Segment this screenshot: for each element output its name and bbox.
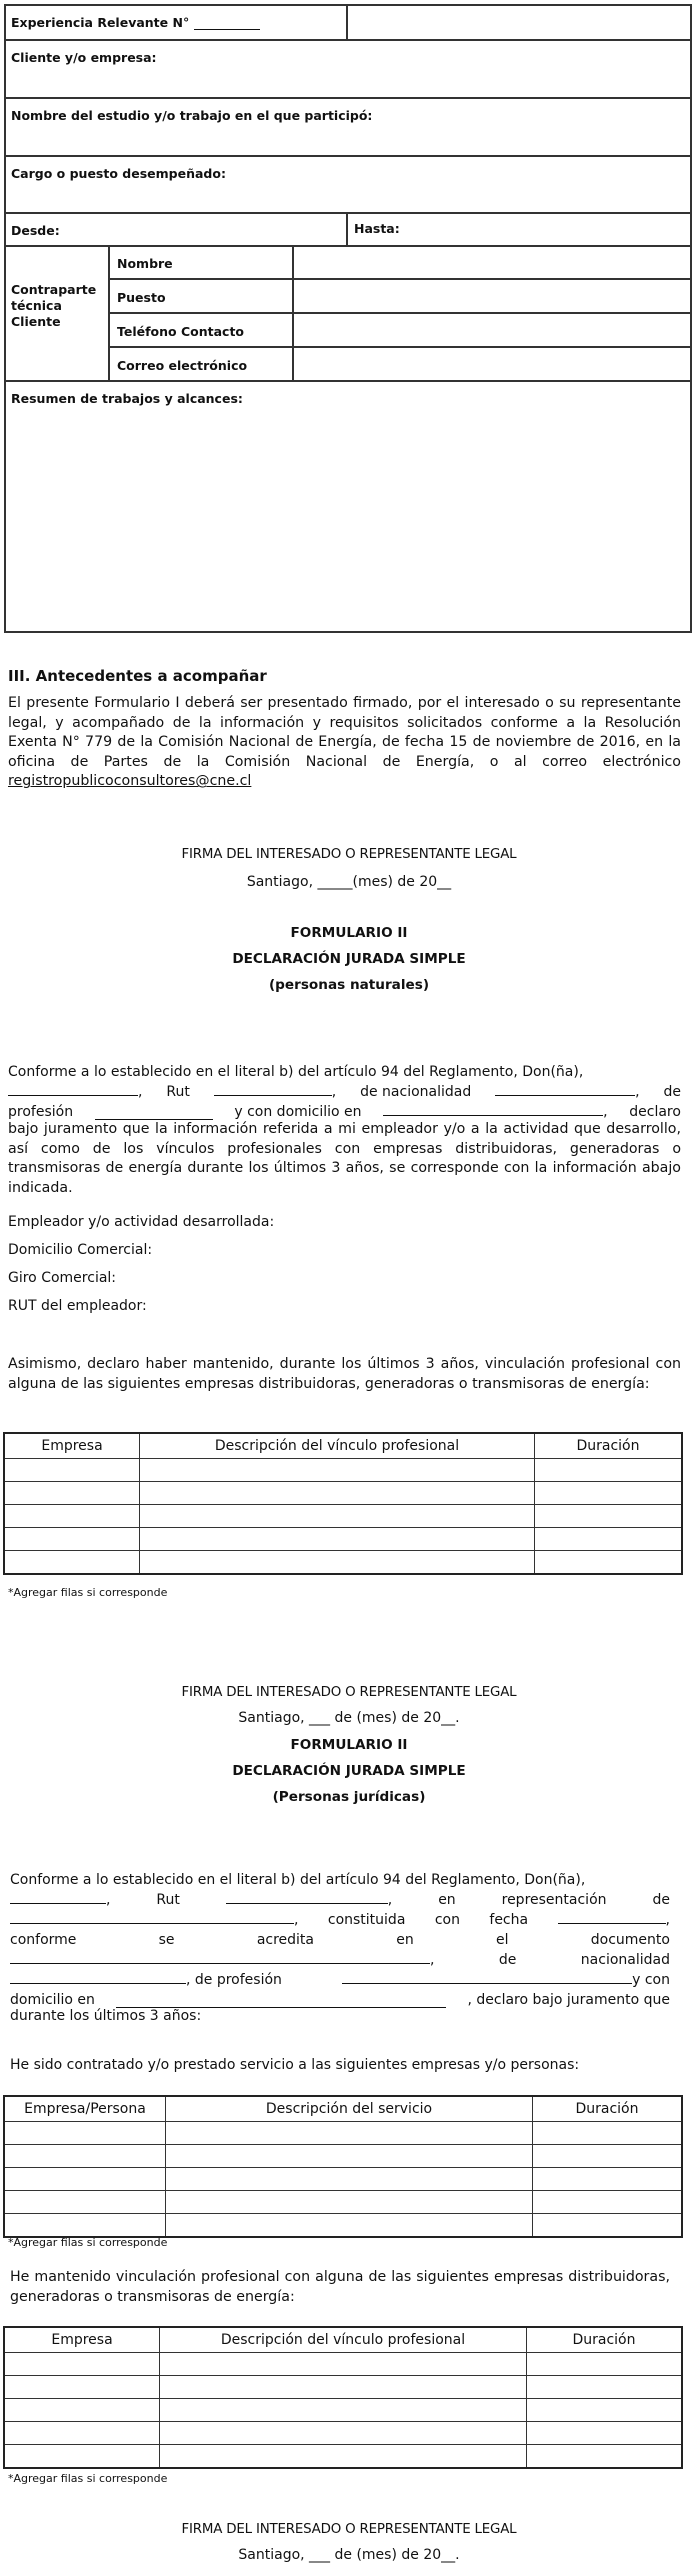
table-row: [4, 1459, 682, 1482]
servicios-table: Empresa/Persona Descripción del servicio…: [3, 2095, 683, 2238]
table-cell[interactable]: [533, 2122, 683, 2145]
table-cell[interactable]: [527, 2422, 683, 2445]
table-cell[interactable]: [533, 2214, 683, 2238]
form-type: (personas naturales): [0, 977, 698, 993]
column-header-descripcion: Descripción del vínculo profesional: [140, 1433, 535, 1459]
contraparte-telefono-label: Teléfono Contacto: [117, 324, 244, 339]
table-cell[interactable]: [533, 2145, 683, 2168]
contraparte-puesto-input[interactable]: [292, 278, 692, 314]
nacionalidad-blank[interactable]: [495, 1081, 635, 1096]
table-header-row: Empresa/Persona Descripción del servicio…: [4, 2096, 682, 2122]
add-rows-note: *Agregar filas si corresponde: [8, 1586, 167, 1599]
table-cell[interactable]: [160, 2445, 527, 2469]
cargo-label: Cargo o puesto desempeñado:: [11, 166, 226, 181]
table-cell[interactable]: [4, 2122, 166, 2145]
table-row: [4, 2145, 682, 2168]
table-cell[interactable]: [160, 2422, 527, 2445]
table-cell[interactable]: [4, 1459, 140, 1482]
column-header-duracion: Duración: [535, 1433, 683, 1459]
table-cell[interactable]: [140, 1551, 535, 1575]
nombre-blank[interactable]: [10, 1889, 106, 1904]
table-cell[interactable]: [4, 1482, 140, 1505]
table-cell[interactable]: [4, 2214, 166, 2238]
table-header-row: Empresa Descripción del vínculo profesio…: [4, 2327, 682, 2353]
signature-label: FIRMA DEL INTERESADO O REPRESENTANTE LEG…: [0, 2522, 698, 2537]
table-cell[interactable]: [166, 2145, 533, 2168]
rut-blank[interactable]: [214, 1081, 332, 1096]
table-cell[interactable]: [166, 2122, 533, 2145]
table-cell[interactable]: [4, 2168, 166, 2191]
table-cell[interactable]: [4, 2145, 166, 2168]
table-cell[interactable]: [4, 2191, 166, 2214]
table-cell[interactable]: [140, 1482, 535, 1505]
domicilio-comercial-field: Domicilio Comercial:: [8, 1242, 152, 1258]
nacionalidad-blank[interactable]: [10, 1969, 186, 1984]
table-row: [4, 2445, 682, 2469]
column-header-empresa: Empresa: [4, 1433, 140, 1459]
contraparte-nombre-input[interactable]: [292, 245, 692, 280]
table-cell[interactable]: [535, 1505, 683, 1528]
table-cell[interactable]: [535, 1551, 683, 1575]
contraparte-nombre-label: Nombre: [117, 256, 173, 271]
table-cell[interactable]: [4, 2376, 160, 2399]
signature-label: FIRMA DEL INTERESADO O REPRESENTANTE LEG…: [0, 1685, 698, 1700]
giro-comercial-field: Giro Comercial:: [8, 1270, 116, 1286]
cliente-label: Cliente y/o empresa:: [11, 50, 157, 65]
table-cell[interactable]: [4, 1505, 140, 1528]
column-header-descripcion-servicio: Descripción del servicio: [166, 2096, 533, 2122]
table-row: [4, 1505, 682, 1528]
rut-blank[interactable]: [226, 1889, 388, 1904]
signature-date: Santiago, ___ de (mes) de 20__.: [0, 2547, 698, 2563]
table-row: [4, 2168, 682, 2191]
column-header-duracion: Duración: [527, 2327, 683, 2353]
section-iii-heading: III. Antecedentes a acompañar: [8, 667, 267, 685]
table-cell[interactable]: [4, 1551, 140, 1575]
vinculo-intro: He mantenido vinculación profesional con…: [10, 2268, 670, 2307]
table-cell[interactable]: [4, 2399, 160, 2422]
table-row: [4, 2191, 682, 2214]
table-row: [4, 1528, 682, 1551]
employer-field: Empleador y/o actividad desarrollada:: [8, 1214, 274, 1230]
form-subtitle: DECLARACIÓN JURADA SIMPLE: [0, 1763, 698, 1779]
column-header-empresa: Empresa: [4, 2327, 160, 2353]
juridica-vinculo-table: Empresa Descripción del vínculo profesio…: [3, 2326, 683, 2469]
email-link[interactable]: registropublicoconsultores@cne.cl: [8, 773, 251, 789]
table-row: [4, 2122, 682, 2145]
table-row: [4, 2422, 682, 2445]
column-header-descripcion: Descripción del vínculo profesional: [160, 2327, 527, 2353]
table-cell[interactable]: [166, 2191, 533, 2214]
domicilio-blank[interactable]: [383, 1101, 603, 1116]
experiencia-number-blank[interactable]: [194, 16, 260, 30]
table-cell[interactable]: [535, 1459, 683, 1482]
table-row: [4, 1482, 682, 1505]
column-header-duracion: Duración: [533, 2096, 683, 2122]
documento-blank[interactable]: [10, 1949, 430, 1964]
table-cell[interactable]: [527, 2376, 683, 2399]
table-cell[interactable]: [535, 1482, 683, 1505]
asimismo-paragraph: Asimismo, declaro haber mantenido, duran…: [8, 1355, 681, 1394]
form-title: FORMULARIO II: [0, 1737, 698, 1753]
rut-empleador-field: RUT del empleador:: [8, 1298, 147, 1314]
empresa-blank[interactable]: [10, 1909, 294, 1924]
contraparte-telefono-input[interactable]: [292, 312, 692, 348]
table-cell[interactable]: [527, 2353, 683, 2376]
signature-label: FIRMA DEL INTERESADO O REPRESENTANTE LEG…: [0, 847, 698, 862]
nombre-blank[interactable]: [8, 1081, 138, 1096]
resumen-label: Resumen de trabajos y alcances:: [11, 391, 243, 406]
form-subtitle: DECLARACIÓN JURADA SIMPLE: [0, 951, 698, 967]
signature-date: Santiago, ___ de (mes) de 20__.: [0, 1710, 698, 1726]
table-cell[interactable]: [4, 1528, 140, 1551]
form-title: FORMULARIO II: [0, 925, 698, 941]
table-cell[interactable]: [160, 2399, 527, 2422]
add-rows-note: *Agregar filas si corresponde: [8, 2236, 167, 2249]
cliente-cell[interactable]: [4, 39, 692, 99]
experiencia-label: Experiencia Relevante N°: [11, 15, 260, 30]
experiencia-value-cell[interactable]: [346, 4, 692, 41]
fecha-blank[interactable]: [558, 1909, 666, 1924]
estudio-cell[interactable]: [4, 97, 692, 157]
table-cell[interactable]: [140, 1459, 535, 1482]
table-cell[interactable]: [527, 2399, 683, 2422]
contraparte-correo-input[interactable]: [292, 346, 692, 382]
juridica-declaration-paragraph: Conforme a lo establecido en el literal …: [10, 1868, 670, 2028]
table-cell[interactable]: [535, 1528, 683, 1551]
column-header-empresa-persona: Empresa/Persona: [4, 2096, 166, 2122]
table-row: [4, 2353, 682, 2376]
contraparte-correo-label: Correo electrónico: [117, 358, 247, 373]
table-row: [4, 2399, 682, 2422]
estudio-label: Nombre del estudio y/o trabajo en el que…: [11, 108, 372, 123]
signature-date: Santiago, _____(mes) de 20__: [0, 874, 698, 890]
table-row: [4, 2376, 682, 2399]
profesion-blank[interactable]: [95, 1105, 213, 1120]
contraparte-label: Contraparte técnica Cliente: [11, 282, 96, 330]
table-cell[interactable]: [166, 2214, 533, 2238]
desde-label: Desde:: [11, 223, 60, 238]
table-cell[interactable]: [140, 1528, 535, 1551]
servicios-intro: He sido contratado y/o prestado servicio…: [10, 2057, 579, 2073]
table-cell[interactable]: [4, 2445, 160, 2469]
table-cell[interactable]: [166, 2168, 533, 2191]
resumen-cell[interactable]: [4, 380, 692, 633]
natural-vinculo-table: Empresa Descripción del vínculo profesio…: [3, 1432, 683, 1575]
table-cell[interactable]: [4, 2422, 160, 2445]
table-row: [4, 2214, 682, 2238]
table-header-row: Empresa Descripción del vínculo profesio…: [4, 1433, 682, 1459]
add-rows-note: *Agregar filas si corresponde: [8, 2472, 167, 2485]
table-row: [4, 1551, 682, 1575]
table-cell[interactable]: [160, 2376, 527, 2399]
table-cell[interactable]: [140, 1505, 535, 1528]
profesion-blank[interactable]: [342, 1969, 632, 1984]
table-cell[interactable]: [527, 2445, 683, 2469]
form-type: (Personas jurídicas): [0, 1789, 698, 1805]
table-cell[interactable]: [533, 2168, 683, 2191]
table-cell[interactable]: [4, 2353, 160, 2376]
table-cell[interactable]: [533, 2191, 683, 2214]
hasta-label: Hasta:: [354, 221, 400, 236]
domicilio-blank[interactable]: [116, 1993, 446, 2008]
cargo-cell[interactable]: [4, 155, 692, 214]
section-iii-paragraph: El presente Formulario I deberá ser pres…: [8, 694, 681, 792]
table-cell[interactable]: [160, 2353, 527, 2376]
contraparte-puesto-label: Puesto: [117, 290, 166, 305]
natural-declaration-paragraph: Conforme a lo establecido en el literal …: [8, 1060, 681, 1198]
